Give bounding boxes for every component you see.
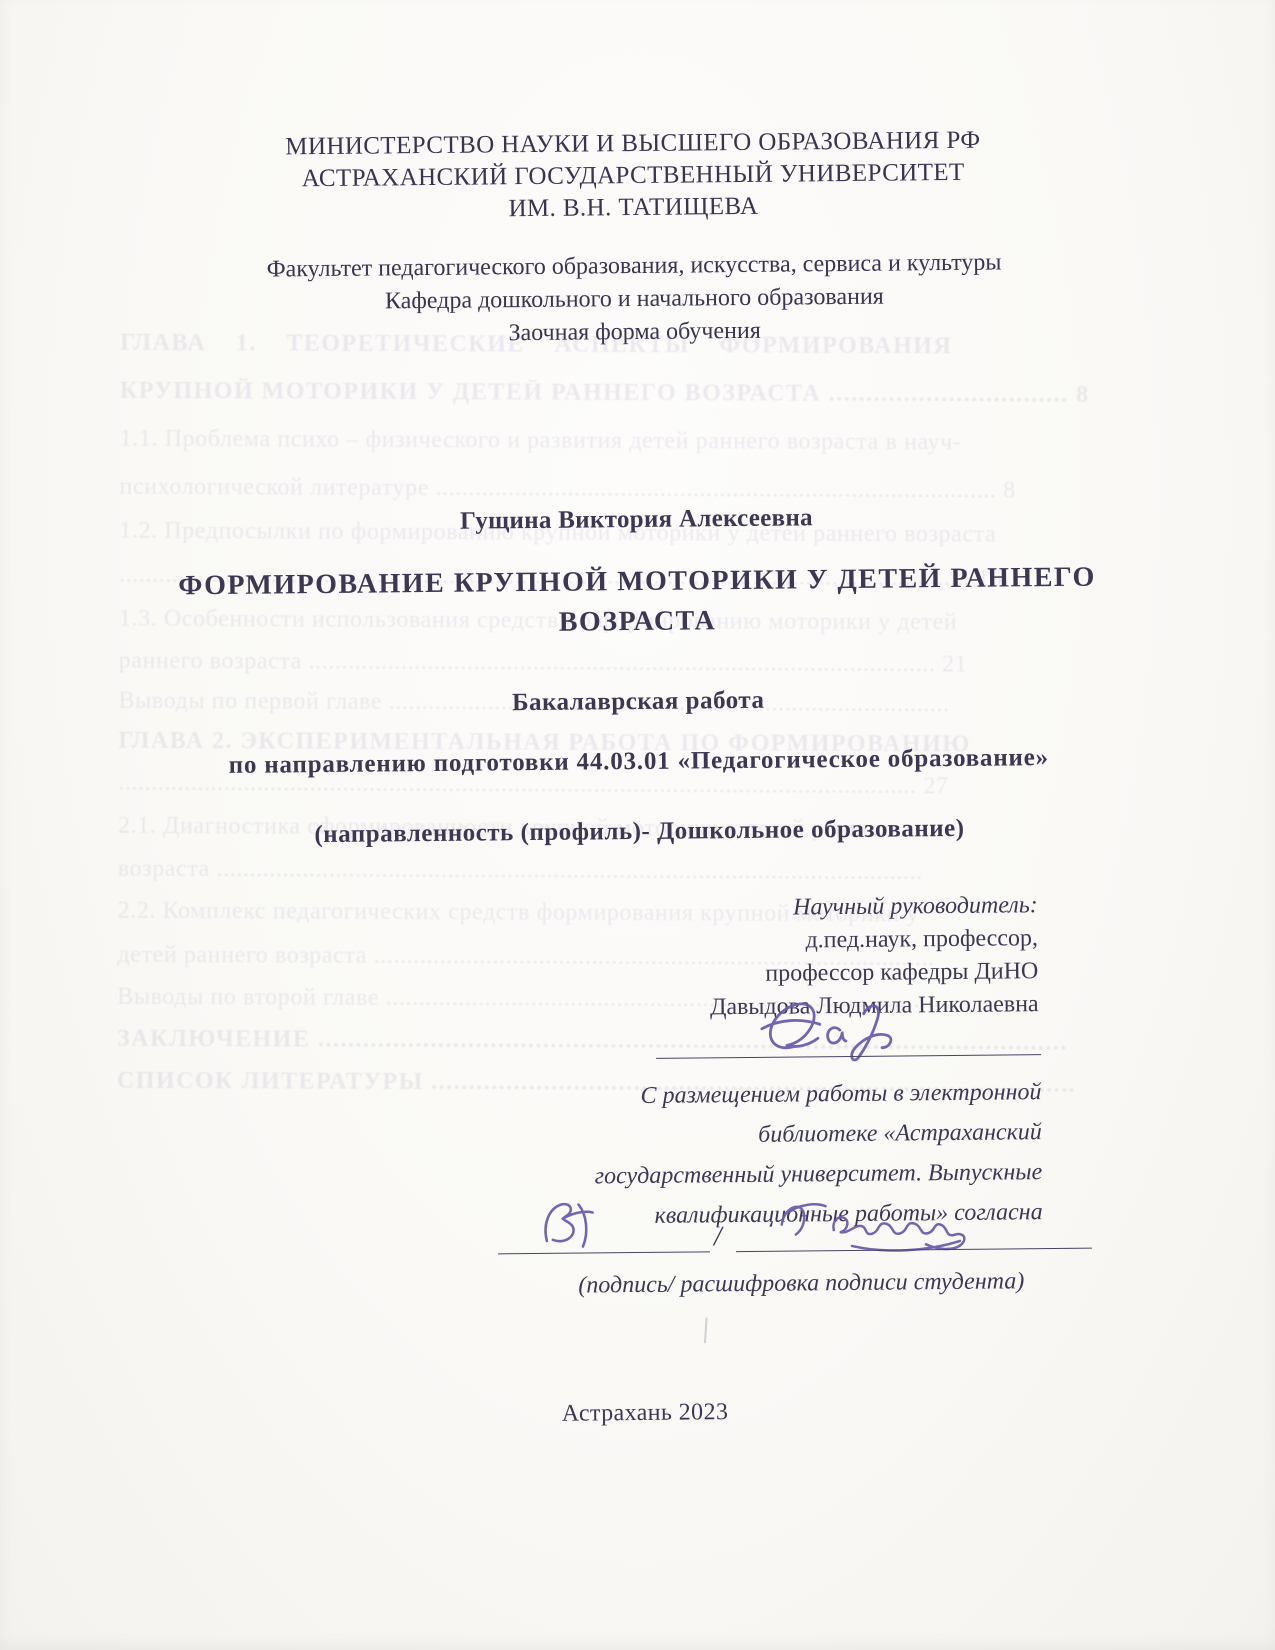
signature-caption: (подпись/ расшифровка подписи студента) — [476, 1267, 1126, 1300]
consent-statement: С размещением работы в электронной библи… — [334, 1072, 1043, 1239]
student-signature-decryption-line — [736, 1248, 1092, 1252]
signature-separator: / — [714, 1221, 722, 1253]
consent-line4: квалификационные работы» согласна — [335, 1192, 1042, 1239]
work-type: Бакалаврская работа — [91, 683, 1186, 722]
consent-line2: библиотеке «Астраханский — [335, 1112, 1042, 1159]
study-profile: (направленность (профиль)- Дошкольное об… — [92, 813, 1187, 852]
thesis-title: ФОРМИРОВАНИЕ КРУПНОЙ МОТОРИКИ У ДЕТЕЙ РА… — [89, 557, 1185, 648]
author-name: Гущина Виктория Алексеевна — [89, 501, 1184, 540]
scanned-title-page: ГЛАВА 1. ТЕОРЕТИЧЕСКИЕ АСПЕКТЫ ФОРМИРОВА… — [0, 0, 1275, 1650]
ministry-header: МИНИСТЕРСТВО НАУКИ И ВЫСШЕГО ОБРАЗОВАНИЯ… — [85, 123, 1181, 230]
supervisor-block: Научный руководитель: д.пед.наук, профес… — [403, 889, 1039, 1027]
city-year: Астрахань 2023 — [97, 1395, 1192, 1433]
supervisor-signature-line — [656, 1054, 1041, 1059]
org-block: Факультет педагогического образования, и… — [86, 245, 1182, 355]
page-content: МИНИСТЕРСТВО НАУКИ И ВЫСШЕГО ОБРАЗОВАНИЯ… — [0, 0, 1275, 1650]
supervisor-name: Давыдова Людмила Николаевна — [404, 988, 1039, 1027]
consent-line3: государственный университет. Выпускные — [335, 1152, 1042, 1199]
study-direction: по направлению подготовки 44.03.01 «Педа… — [91, 743, 1186, 782]
stray-pen-mark — [704, 1317, 708, 1343]
consent-line1: С размещением работы в электронной — [334, 1072, 1041, 1119]
student-signature-line — [498, 1251, 710, 1254]
